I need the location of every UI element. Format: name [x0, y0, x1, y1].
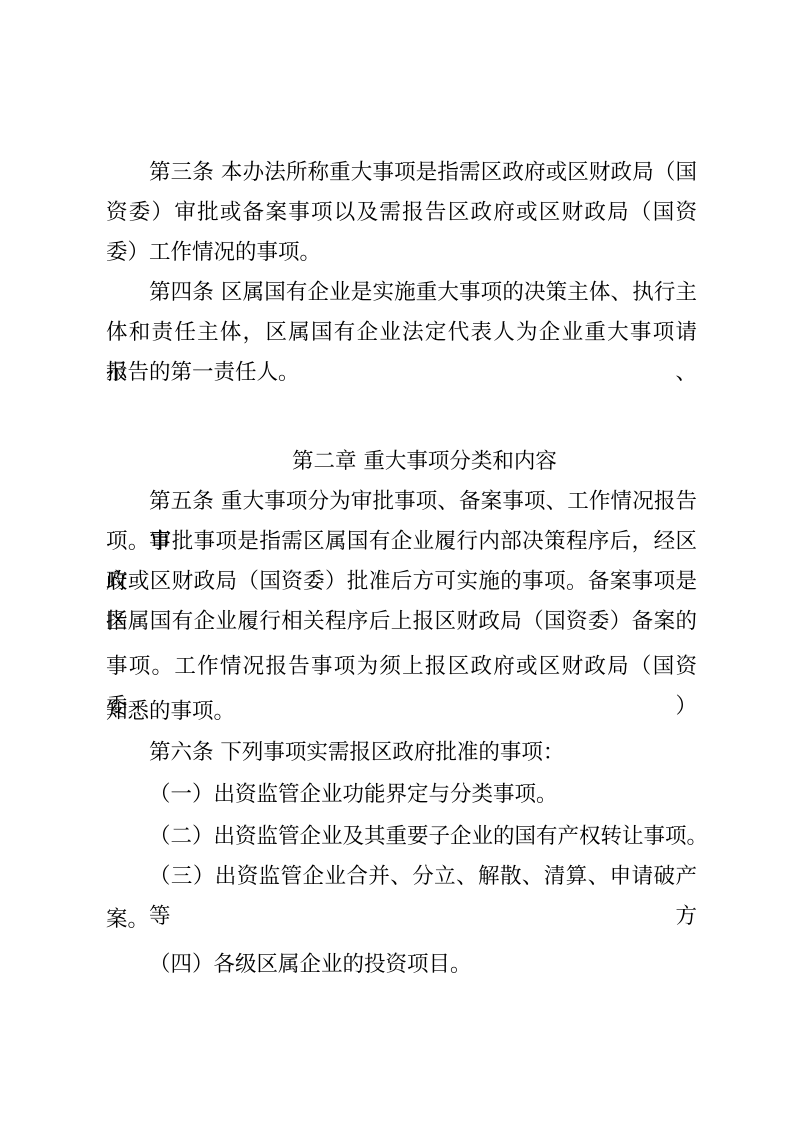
- article-5-line-5: 事项。工作情况报告事项为须上报区政府或区财政局（国资委）: [106, 647, 697, 687]
- article-5-line-3: 府或区财政局（国资委）批准后方可实施的事项。备案事项是指: [106, 562, 697, 602]
- list-item-4: （四）各级区属企业的投资项目。: [149, 945, 697, 985]
- article-5-line-1: 第五条 重大事项分为审批事项、备案事项、工作情况报告事: [149, 482, 697, 522]
- list-item-3-line-1: （三）出资监管企业合并、分立、解散、清算、申请破产等方: [149, 857, 697, 897]
- article-6-line-1: 第六条 下列事项实需报区政府批准的事项：: [149, 733, 697, 773]
- article-5-line-2: 项。审批事项是指需区属国有企业履行内部决策程序后，经区政: [106, 522, 697, 562]
- article-4-line-1: 第四条 区属国有企业是实施重大事项的决策主体、执行主: [149, 273, 697, 313]
- chapter-heading: 第二章 重大事项分类和内容: [292, 442, 552, 482]
- document-page: 第三条 本办法所称重大事项是指需区政府或区财政局（国 资委）审批或备案事项以及需…: [0, 0, 793, 1122]
- article-4-line-3: 报告的第一责任人。: [106, 353, 697, 393]
- article-3-line-2: 资委）审批或备案事项以及需报告区政府或区财政局（国资: [106, 193, 697, 233]
- article-5-line-4: 区属国有企业履行相关程序后上报区财政局（国资委）备案的: [106, 602, 697, 642]
- list-item-3-line-2: 案。: [106, 900, 697, 940]
- list-item-2: （二）出资监管企业及其重要子企业的国有产权转让事项。: [149, 817, 697, 857]
- list-item-1: （一）出资监管企业功能界定与分类事项。: [149, 775, 697, 815]
- article-4-line-2: 体和责任主体，区属国有企业法定代表人为企业重大事项请示、: [106, 313, 697, 353]
- article-5-line-6: 知悉的事项。: [106, 692, 697, 732]
- article-3-line-3: 委）工作情况的事项。: [106, 233, 697, 273]
- article-3-line-1: 第三条 本办法所称重大事项是指需区政府或区财政局（国: [149, 153, 697, 193]
